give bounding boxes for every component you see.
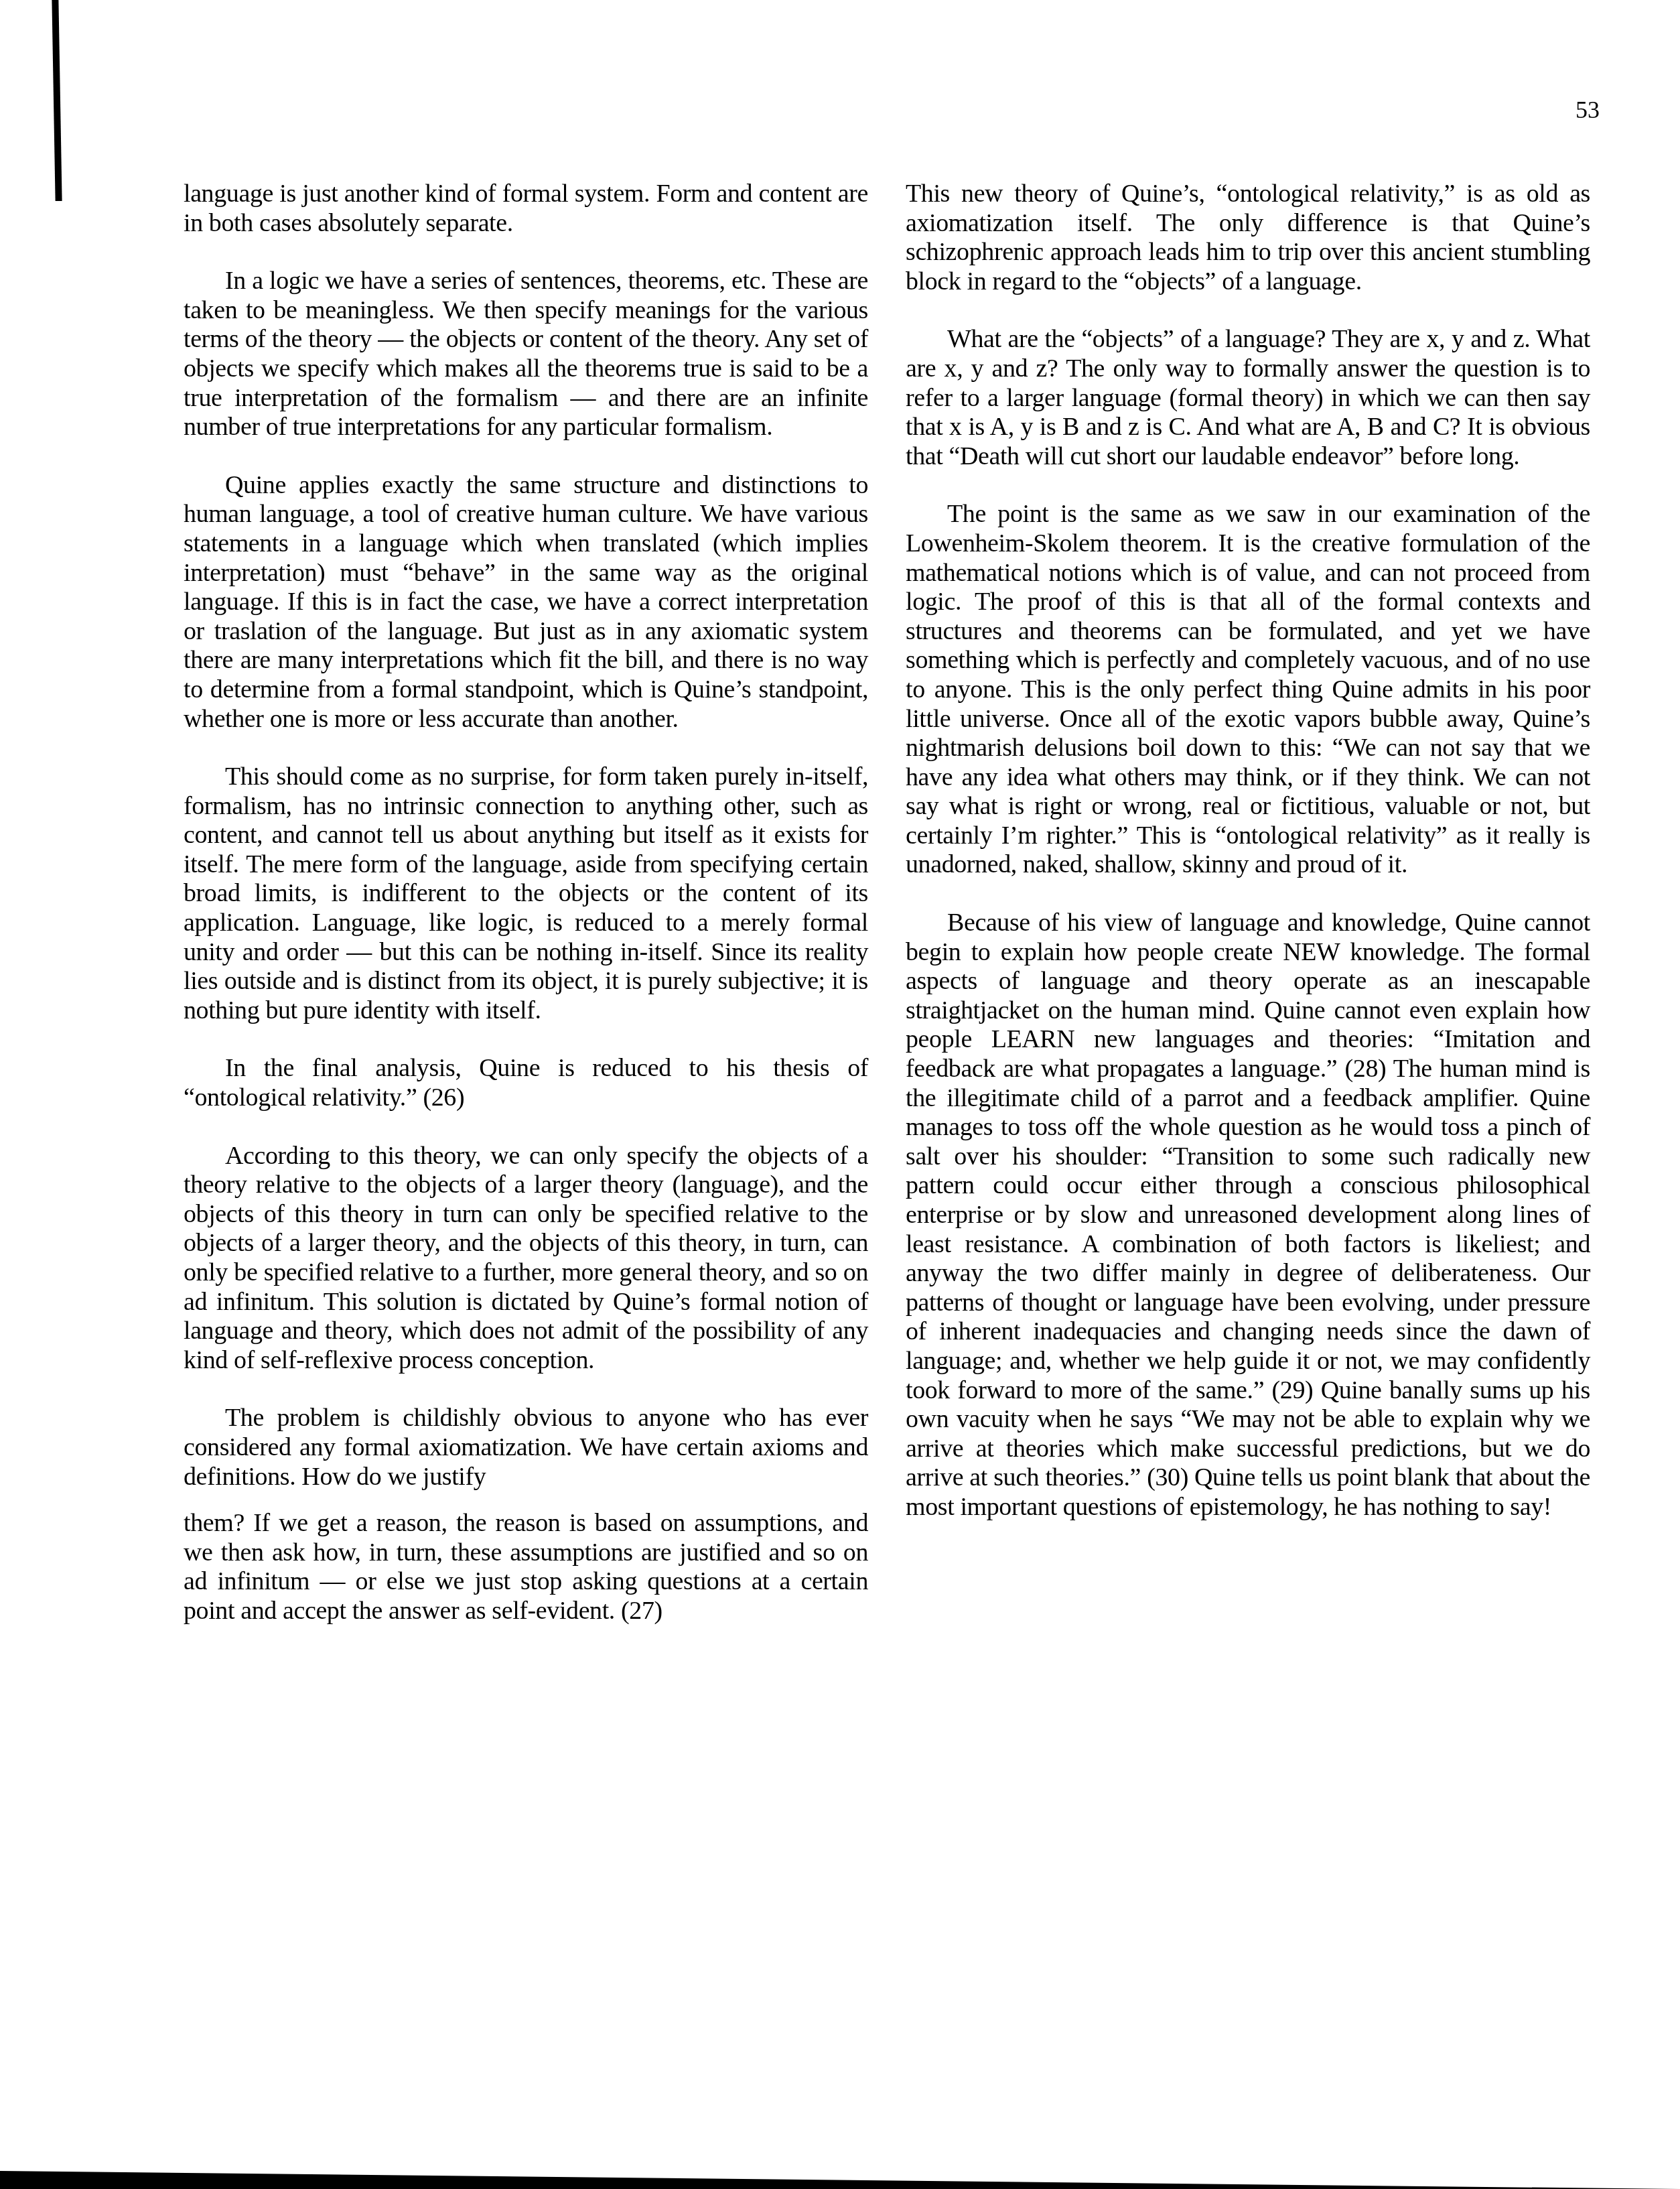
scan-edge-left [52, 0, 62, 201]
scan-edge-bottom [0, 2169, 1680, 2189]
right-column: This new theory of Quine’s, “ontological… [906, 180, 1590, 1551]
paragraph: The problem is childishly obvious to any… [184, 1404, 868, 1491]
paragraph: In the final analysis, Quine is reduced … [184, 1054, 868, 1112]
paragraph: The point is the same as we saw in our e… [906, 500, 1590, 880]
paragraph: This should come as no surprise, for for… [184, 762, 868, 1025]
paragraph-continued: them? If we get a reason, the reason is … [184, 1509, 868, 1626]
paragraph: According to this theory, we can only sp… [184, 1142, 868, 1376]
paragraph: Because of his view of language and know… [906, 909, 1590, 1522]
paragraph: This new theory of Quine’s, “ontological… [906, 180, 1590, 296]
paragraph: Quine applies exactly the same structure… [184, 471, 868, 734]
paragraph: language is just another kind of formal … [184, 180, 868, 238]
paragraph: What are the “objects” of a language? Th… [906, 325, 1590, 471]
page-number: 53 [1576, 96, 1600, 124]
left-column: language is just another kind of formal … [184, 180, 868, 1655]
paragraph: In a logic we have a series of sentences… [184, 267, 868, 442]
